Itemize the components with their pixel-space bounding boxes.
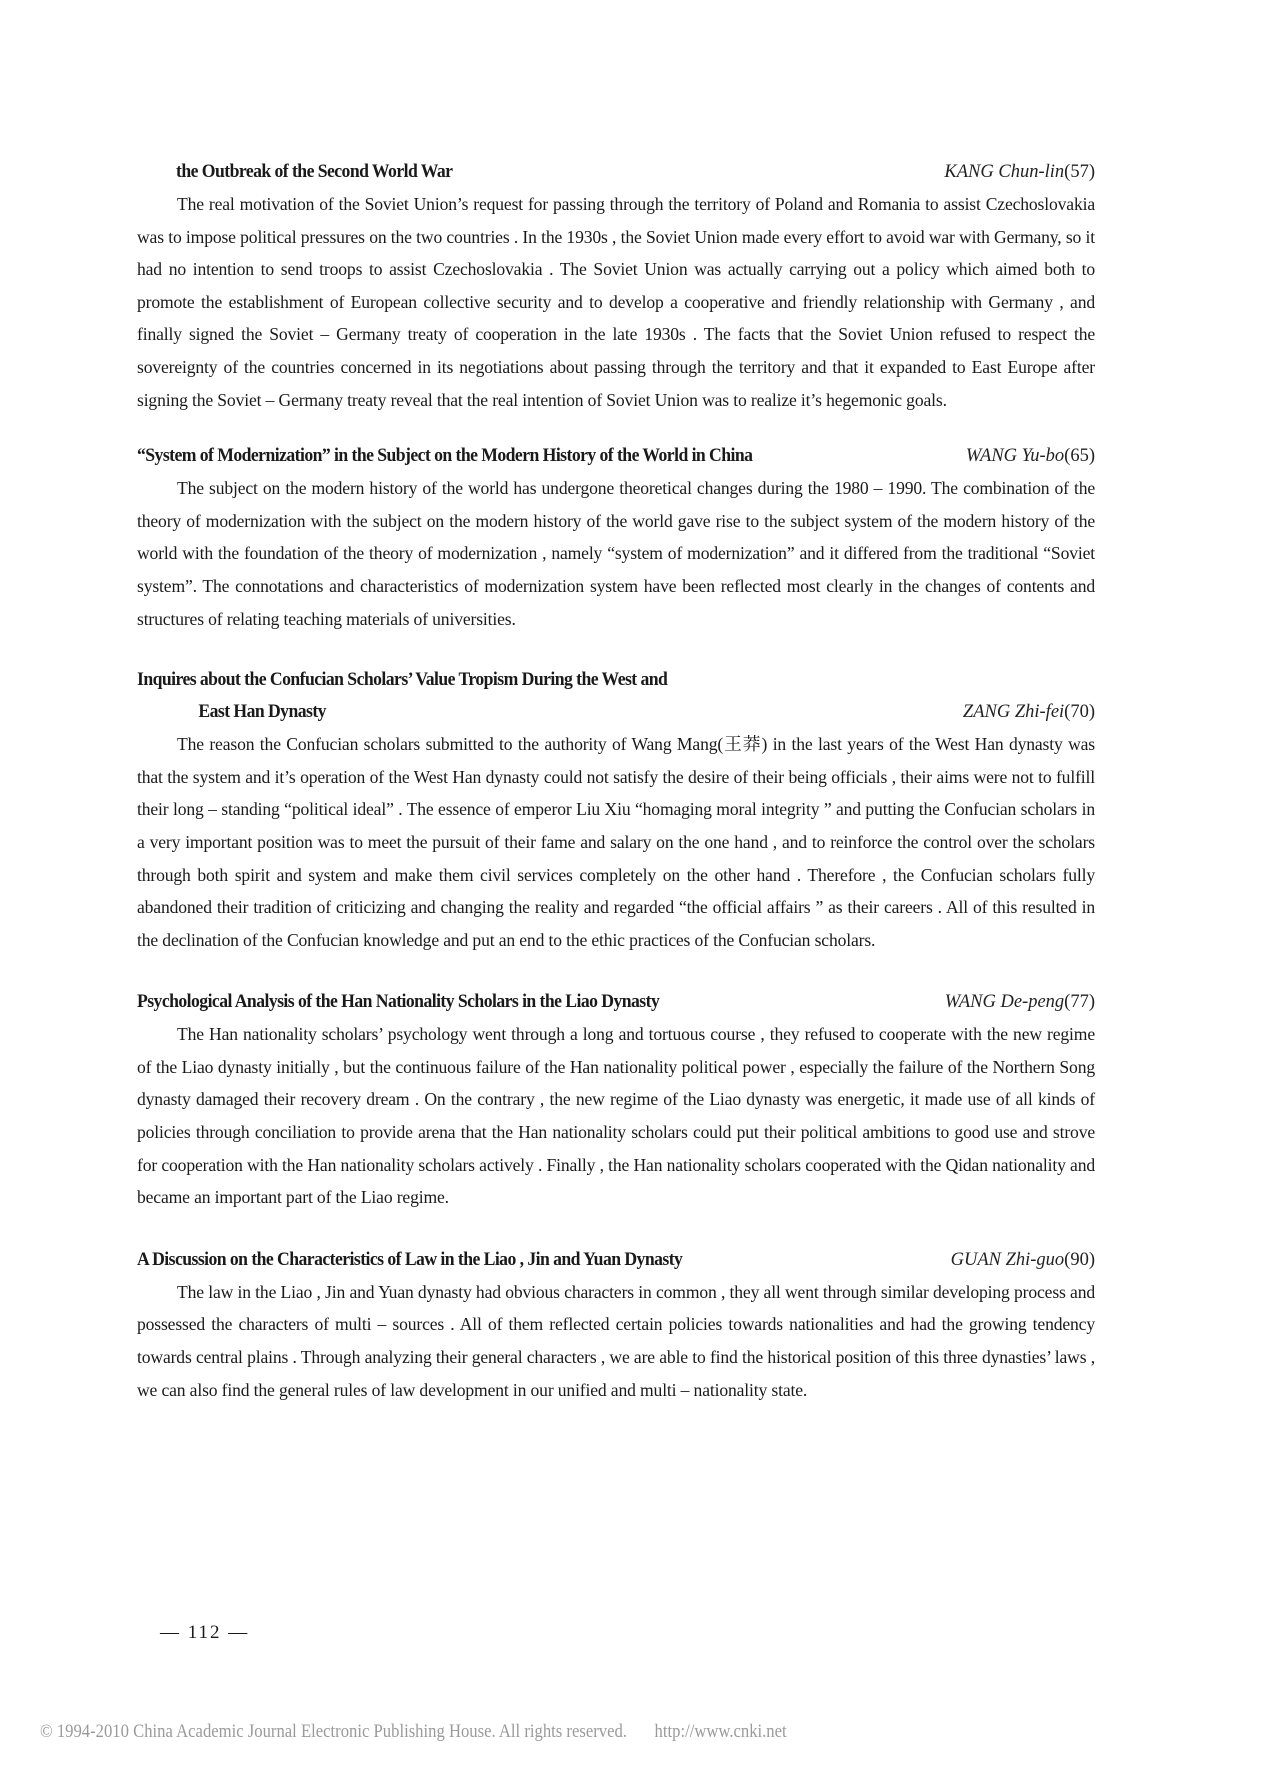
article-heading: Psychological Analysis of the Han Nation…	[137, 986, 1095, 1018]
article-author: WANG Yu-bo(65)	[966, 440, 1095, 472]
article-title: A Discussion on the Characteristics of L…	[137, 1244, 682, 1276]
article-author: GUAN Zhi-guo(90)	[951, 1244, 1095, 1276]
article-title: “System of Modernization” in the Subject…	[137, 440, 752, 472]
article-author: ZANG Zhi-fei(70)	[963, 696, 1095, 728]
article-heading-line2: East Han Dynasty ZANG Zhi-fei(70)	[137, 696, 1095, 728]
article-title: Psychological Analysis of the Han Nation…	[137, 986, 659, 1018]
copyright-footer: © 1994-2010 China Academic Journal Elect…	[40, 1722, 1120, 1743]
article-5: A Discussion on the Characteristics of L…	[137, 1244, 1095, 1406]
journal-page: the Outbreak of the Second World War KAN…	[137, 156, 1095, 1406]
article-title-line1: Inquires about the Confucian Scholars’ V…	[137, 664, 667, 696]
article-author: WANG De-peng(77)	[945, 986, 1095, 1018]
page-ref: (90)	[1064, 1250, 1095, 1270]
article-1: the Outbreak of the Second World War KAN…	[137, 156, 1095, 416]
copyright-text: © 1994-2010 China Academic Journal Elect…	[40, 1722, 627, 1742]
author-name: ZANG Zhi-fei	[963, 702, 1064, 722]
article-title: the Outbreak of the Second World War	[137, 156, 452, 188]
article-2: “System of Modernization” in the Subject…	[137, 440, 1095, 635]
page-number: — 112 —	[160, 1622, 249, 1644]
article-abstract: The reason the Confucian scholars submit…	[137, 728, 1095, 956]
article-title-line2: East Han Dynasty	[137, 696, 326, 728]
footer-url[interactable]: http://www.cnki.net	[655, 1722, 787, 1742]
article-heading: “System of Modernization” in the Subject…	[137, 440, 1095, 472]
author-name: KANG Chun-lin	[944, 162, 1064, 182]
page-ref: (70)	[1064, 702, 1095, 722]
article-abstract: The law in the Liao , Jin and Yuan dynas…	[137, 1276, 1095, 1406]
spacer	[137, 1214, 1095, 1244]
page-ref: (57)	[1064, 162, 1095, 182]
page-ref: (65)	[1064, 446, 1095, 466]
article-heading-line1: Inquires about the Confucian Scholars’ V…	[137, 664, 1095, 696]
spacer	[137, 635, 1095, 664]
article-3: Inquires about the Confucian Scholars’ V…	[137, 664, 1095, 956]
article-abstract: The Han nationality scholars’ psychology…	[137, 1018, 1095, 1214]
article-4: Psychological Analysis of the Han Nation…	[137, 986, 1095, 1214]
spacer	[137, 416, 1095, 440]
article-author: KANG Chun-lin(57)	[944, 156, 1095, 188]
article-heading: A Discussion on the Characteristics of L…	[137, 1244, 1095, 1276]
article-abstract: The subject on the modern history of the…	[137, 472, 1095, 635]
article-abstract: The real motivation of the Soviet Union’…	[137, 188, 1095, 416]
author-name: WANG De-peng	[945, 992, 1064, 1012]
spacer	[137, 956, 1095, 986]
author-name: WANG Yu-bo	[966, 446, 1064, 466]
page-ref: (77)	[1064, 992, 1095, 1012]
author-name: GUAN Zhi-guo	[951, 1250, 1065, 1270]
article-heading: the Outbreak of the Second World War KAN…	[137, 156, 1095, 188]
